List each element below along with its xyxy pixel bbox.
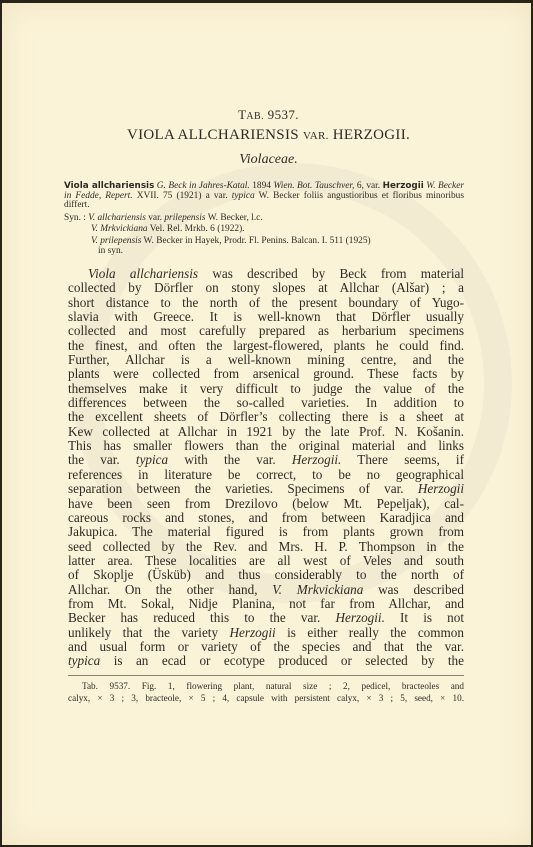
- caption-line: Tab. 9537. Fig. 1, flowering plant, natu…: [68, 681, 464, 693]
- page-title: VIOLA ALLCHARIENSIS VAR. HERZOGII.: [2, 127, 531, 144]
- body-line: Allchar. On the other hand, V. Mrkvickia…: [68, 583, 464, 597]
- citation: G. Beck in Jahres-Katal.: [157, 181, 250, 191]
- body-line: This has smaller flowers than the origin…: [68, 439, 464, 453]
- title-species: VIOLA ALLCHARIENSIS: [127, 127, 299, 143]
- synonym-continuation: in syn.: [98, 246, 518, 256]
- body-line: Further, Allchar is a well-known mining …: [68, 353, 464, 367]
- body-line: seed collected by the Rev. and Mrs. H. P…: [68, 540, 464, 554]
- citation-page: 6, var.: [354, 181, 380, 191]
- body-line: the finest, and often the largest-flower…: [68, 339, 464, 353]
- body-line: short distance to the north of the prese…: [68, 296, 464, 310]
- title-variety: HERZOGII.: [333, 127, 410, 143]
- caption-line: calyx, × 3 ; 3, bracteole, × 5 ; 4, caps…: [68, 693, 464, 705]
- species-name: Viola allchariensis: [64, 181, 154, 191]
- body-line: references in literature be correct, to …: [68, 468, 464, 482]
- body-line: unlikely that the variety Herzogii is ei…: [68, 626, 464, 640]
- plate-number-value: 9537.: [268, 107, 299, 122]
- plate-number: TAB. 9537.: [2, 107, 531, 123]
- synonyms-label: Syn. :: [64, 213, 88, 223]
- body-line: Kew collected at Allchar in 1921 by the …: [68, 425, 464, 439]
- figure-caption: Tab. 9537. Fig. 1, flowering plant, natu…: [68, 681, 464, 704]
- typica-name: typica: [232, 191, 255, 201]
- body-line: typica is an ecad or ecotype produced or…: [68, 654, 464, 668]
- body-line: from Mt. Sokal, Nidje Planina, not far f…: [68, 597, 464, 611]
- body-line: the var. typica with the var. Herzogii. …: [68, 453, 464, 467]
- citation-2-author: W. Becker foliis: [255, 191, 323, 201]
- citation-2-ref: XVII. 75 (1921) a var.: [133, 191, 232, 201]
- body-line: Viola allchariensis was described by Bec…: [68, 267, 464, 281]
- nomenclature-block: Viola allchariensis G. Beck in Jahres-Ka…: [64, 182, 464, 211]
- body-line: latter area. These localities are all we…: [68, 554, 464, 568]
- title-var-label: VAR.: [303, 130, 329, 142]
- synonym-entry: V. prilepensis W. Becker in Hayek, Prodr…: [91, 236, 511, 246]
- document-page: TAB. 9537. VIOLA ALLCHARIENSIS VAR. HERZ…: [2, 3, 531, 845]
- synonym-entry: Syn. : V. allchariensis var. prilepensis…: [64, 213, 484, 223]
- footnote-rule: [68, 675, 464, 676]
- body-line: the excellent sheets of Dörfler’s collec…: [68, 410, 464, 424]
- body-line: slavia with Greece. It is well-known tha…: [68, 310, 464, 324]
- variety-name: Herzogii: [383, 181, 424, 191]
- synonym-entry: V. Mrkvickiana Vel. Rel. Mrkb. 6 (1922).: [91, 224, 511, 234]
- citation-journal: Wien. Bot. Tauschver,: [273, 181, 354, 191]
- body-line: of Skoplje (Üsküb) and thus considerably…: [68, 568, 464, 582]
- family-name: Violaceae.: [2, 152, 531, 168]
- plate-label: TAB.: [238, 107, 264, 122]
- body-line: careous rocks and stones, and from betwe…: [68, 511, 464, 525]
- body-line: differences between the so-called variet…: [68, 396, 464, 410]
- body-line: themselves make it very difficult to jud…: [68, 382, 464, 396]
- body-line: collected by Dörfler on stony slopes at …: [68, 281, 464, 295]
- body-text: Viola allchariensis was described by Bec…: [68, 267, 464, 669]
- body-line: Becker has reduced this to the var. Herz…: [68, 611, 464, 625]
- citation-year: 1894: [250, 181, 274, 191]
- body-line: separation between the varieties. Specim…: [68, 482, 464, 496]
- body-line: and usual form or variety of the species…: [68, 640, 464, 654]
- body-line: have been seen from Drezilovo (below Mt.…: [68, 497, 464, 511]
- body-line: collected and most carefully prepared as…: [68, 324, 464, 338]
- body-line: plants were collected from arsenical gro…: [68, 367, 464, 381]
- body-line: Jakupica. The material figured is from p…: [68, 525, 464, 539]
